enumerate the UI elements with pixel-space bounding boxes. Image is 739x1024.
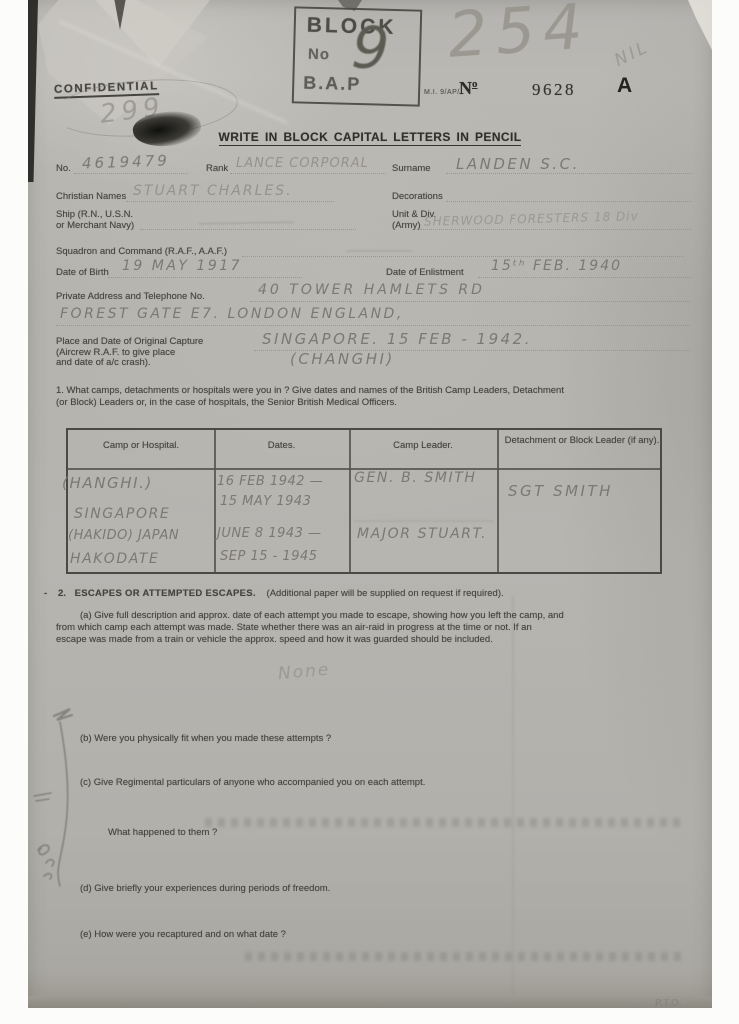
field-no-label: No. xyxy=(56,163,71,174)
question-c2: What happened to them ? xyxy=(108,827,217,838)
section2-note: (Additional paper will be supplied on re… xyxy=(267,588,504,599)
rule xyxy=(478,277,692,278)
bleedthrough-smudge xyxy=(205,818,685,827)
question-e: (e) How were you recaptured and on what … xyxy=(80,929,286,940)
question-a-line3: escape was made from a train or vehicle … xyxy=(56,634,692,646)
leader-entry-1: GEN. B. SMITH xyxy=(354,470,477,486)
dates-entry-2: 15 MAY 1943 xyxy=(220,494,311,509)
field-address-label: Private Address and Telephone No. xyxy=(56,291,205,302)
detachment-entry-1: SGT SMITH xyxy=(508,482,613,500)
field-ship-label-line1: Ship (R.N., U.S.N. xyxy=(56,210,134,221)
camp-entry-2: SINGAPORE xyxy=(74,506,170,522)
margin-scribbles xyxy=(26,700,90,930)
field-no-value: 4619479 xyxy=(82,151,170,172)
field-decorations-label: Decorations xyxy=(392,191,443,202)
handwritten-block-number: 9 xyxy=(350,13,393,84)
rule xyxy=(56,325,690,326)
field-dob-label: Date of Birth xyxy=(56,267,109,278)
rule xyxy=(126,201,334,202)
rule xyxy=(140,229,356,230)
field-capture-label-line3: and date of a/c crash). xyxy=(56,358,203,369)
rule xyxy=(446,173,692,174)
rule xyxy=(108,277,302,278)
section2-heading: 2. ESCAPES OR ATTEMPTED ESCAPES. (Additi… xyxy=(58,588,504,599)
camps-table: Camp or Hospital. Dates. Camp Leader. De… xyxy=(66,428,662,574)
dates-entry-1: 16 FEB 1942 — xyxy=(217,474,323,489)
field-surname-label: Surname xyxy=(392,163,431,174)
question-d: (d) Give briefly your experiences during… xyxy=(80,883,330,894)
bleedthrough-smudge xyxy=(245,952,685,961)
pencil-strike xyxy=(346,250,412,252)
field-ship-label-line2: or Merchant Navy) xyxy=(56,221,134,232)
form-heading: WRITE IN BLOCK CAPITAL LETTERS IN PENCIL xyxy=(150,130,590,144)
camp-entry-3: (HAKIDO) JAPAN xyxy=(68,528,179,543)
handwritten-254: 254 xyxy=(446,0,593,72)
rule xyxy=(446,201,692,202)
field-capture-label-line1: Place and Date of Original Capture xyxy=(56,337,203,348)
section2-dash: - xyxy=(44,588,47,599)
question-1-line2: (or Block) Leaders or, in the case of ho… xyxy=(56,397,690,409)
field-christian-label: Christian Names xyxy=(56,191,126,202)
field-address-value-line1: 40 TOWER HAMLETS RD xyxy=(258,282,485,298)
question-a-line1: (a) Give full description and approx. da… xyxy=(56,610,692,622)
field-surname-value: LANDEN S.C. xyxy=(456,155,580,173)
field-enlist-value: 15ᵗʰ FEB. 1940 xyxy=(491,258,622,274)
table-header-camp: Camp or Hospital. xyxy=(68,440,214,451)
crease-vertical xyxy=(512,596,514,1000)
dates-entry-3: JUNE 8 1943 — xyxy=(217,526,322,541)
table-header-dates: Dates. xyxy=(214,440,349,451)
question-c: (c) Give Regimental particulars of anyon… xyxy=(80,777,425,788)
table-divider xyxy=(214,430,216,572)
field-enlist-label: Date of Enlistment xyxy=(386,267,464,278)
rule xyxy=(74,173,188,174)
question-b: (b) Were you physically fit when you mad… xyxy=(80,733,331,744)
table-header-detachment: Detachment or Block Leader (if any). xyxy=(502,435,662,446)
block-stamp-line2: No xyxy=(308,46,330,64)
mi-reference: M.I. 9/AP/ xyxy=(424,89,460,96)
section2-title: ESCAPES OR ATTEMPTED ESCAPES. xyxy=(75,588,256,599)
question-1-line1: 1. What camps, detachments or hospitals … xyxy=(56,385,690,397)
field-rank-value: LANCE CORPORAL xyxy=(236,156,369,171)
field-address-value-line2: FOREST GATE E7. LONDON ENGLAND, xyxy=(60,306,404,322)
reg-no-o: o xyxy=(472,78,478,90)
field-dob-value: 19 MAY 1917 xyxy=(122,258,242,274)
reg-no-n: N xyxy=(459,78,472,98)
question-a-line2: from which camp each attempt was made. S… xyxy=(56,622,692,634)
field-capture-label: Place and Date of Original Capture (Airc… xyxy=(56,337,203,369)
question-1: 1. What camps, detachments or hospitals … xyxy=(56,385,690,409)
camp-entry-4: HAKODATE xyxy=(70,551,159,567)
field-squadron-label: Squadron and Command (R.A.F., A.A.F.) xyxy=(56,246,227,257)
rule xyxy=(230,173,386,174)
form-heading-text: WRITE IN BLOCK CAPITAL LETTERS IN PENCIL xyxy=(219,130,522,146)
leader-rule xyxy=(354,520,494,522)
field-rank-label: Rank xyxy=(206,163,228,174)
dates-entry-4: SEP 15 - 1945 xyxy=(220,549,318,564)
scanned-document: CONFIDENTIAL 299 BLOCK No B.A.P 9 254 NI… xyxy=(0,0,739,1024)
section2-number: 2. xyxy=(58,588,66,599)
rule xyxy=(420,229,692,230)
field-christian-value: STUART CHARLES. xyxy=(133,183,293,199)
camp-entry-1: (HANGHI.) xyxy=(62,474,153,492)
table-divider xyxy=(497,430,499,572)
reg-no-label: No xyxy=(459,78,478,99)
field-ship-label: Ship (R.N., U.S.N. or Merchant Navy) xyxy=(56,210,134,231)
question-a: (a) Give full description and approx. da… xyxy=(56,610,692,646)
leader-entry-2: MAJOR STUART. xyxy=(357,526,487,542)
field-capture-value-line1: SINGAPORE. 15 FEB - 1942. xyxy=(262,330,532,348)
table-divider xyxy=(349,430,351,572)
table-header-leader: Camp Leader. xyxy=(349,440,497,451)
reg-no-suffix: A xyxy=(617,74,632,98)
rule xyxy=(242,256,684,257)
field-capture-value-line2: (CHANGHI) xyxy=(290,350,395,368)
rule xyxy=(250,301,690,302)
reg-no-value: 9628 xyxy=(532,80,576,100)
